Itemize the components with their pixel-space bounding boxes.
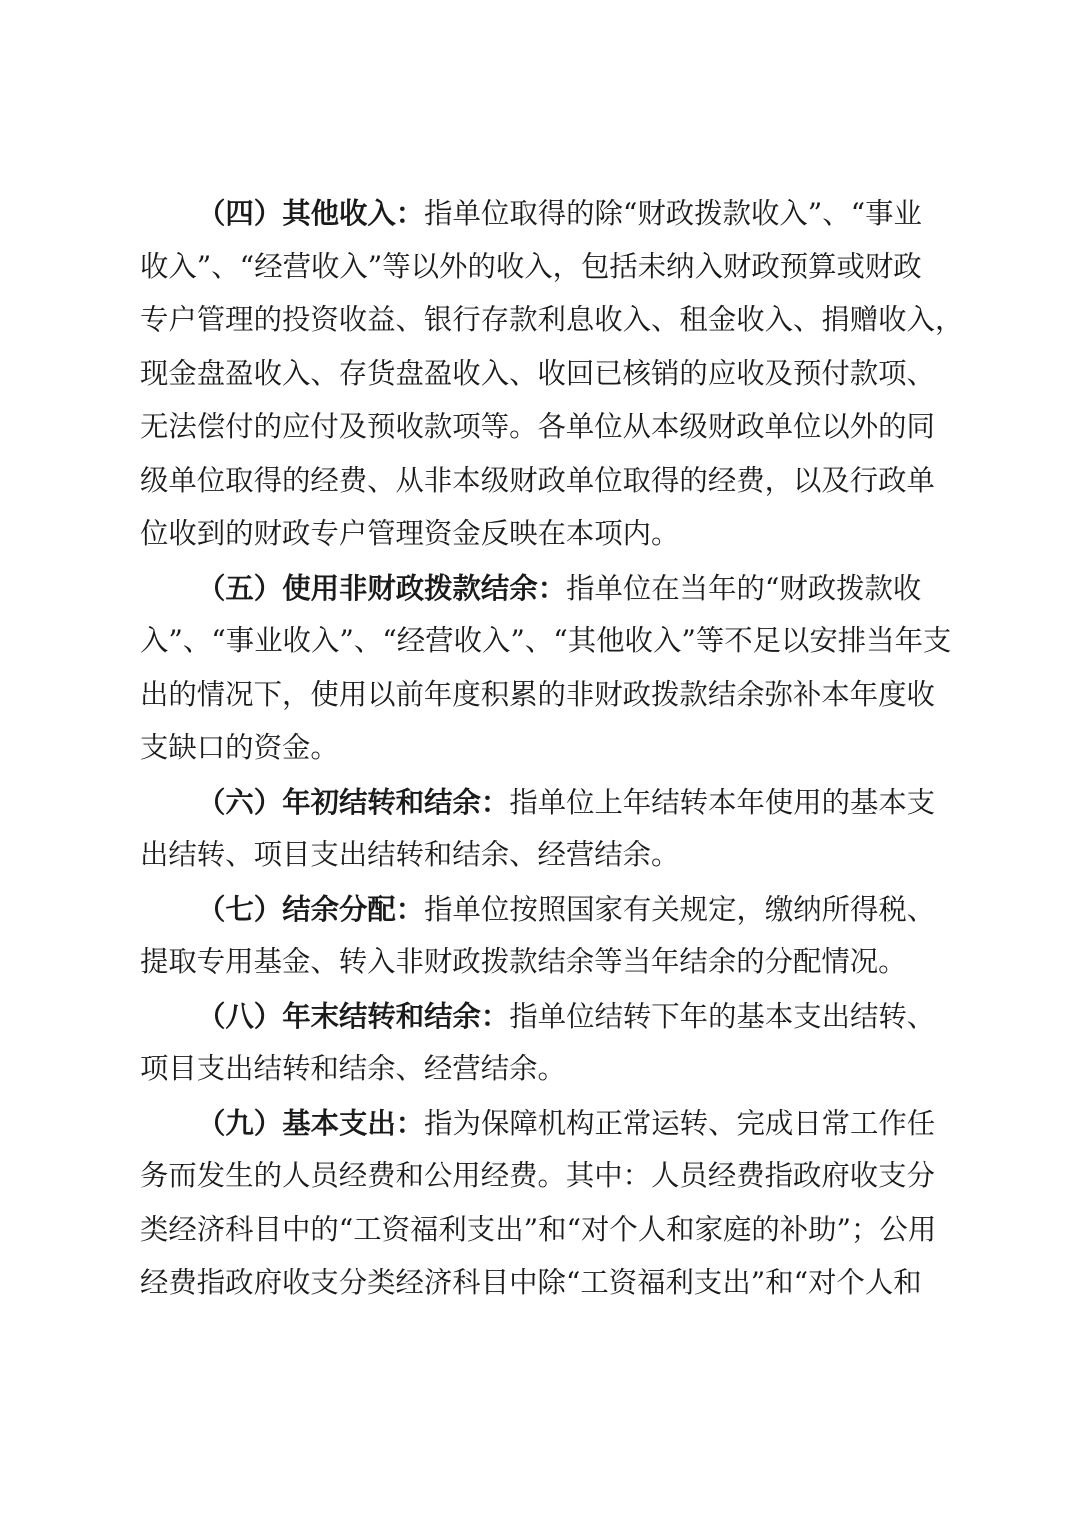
section-text: 指单位在当年的“财政拨款收 [566,572,921,605]
paragraph-line: 现金盘盈收入、存货盘盈收入、收回已核销的应收及预付款项、 [140,354,940,408]
section-balance-distribution: （七）结余分配：指单位按照国家有关规定，缴纳所得税、 提取专用基金、转入非财政拨… [140,889,940,996]
section-number: （九） [197,1106,282,1140]
section-number: （七） [197,892,282,926]
paragraph-line: 类经济科目中的“工资福利支出”和“对个人和家庭的补助”；公用 [140,1210,940,1264]
paragraph-line: 项目支出结转和结余、经营结余。 [140,1049,940,1103]
paragraph-line: （六）年初结转和结余：指单位上年结转本年使用的基本支 [140,782,940,836]
section-closing-carryover: （八）年末结转和结余：指单位结转下年的基本支出结转、 项目支出结转和结余、经营结… [140,996,940,1103]
section-title: 其他收入： [282,196,424,230]
paragraph-line: 专户管理的投资收益、银行存款利息收入、租金收入、捐赠收入， [140,300,940,354]
paragraph-line: 务而发生的人员经费和公用经费。其中：人员经费指政府收支分 [140,1156,940,1210]
section-title: 使用非财政拨款结余： [282,571,566,605]
paragraph-line: 支缺口的资金。 [140,728,940,782]
paragraph-line: 提取专用基金、转入非财政拨款结余等当年结余的分配情况。 [140,942,940,996]
section-basic-expenditure: （九）基本支出：指为保障机构正常运转、完成日常工作任 务而发生的人员经费和公用经… [140,1103,940,1317]
section-number: （五） [197,571,282,605]
paragraph-line: （九）基本支出：指为保障机构正常运转、完成日常工作任 [140,1103,940,1157]
paragraph-line: （五）使用非财政拨款结余：指单位在当年的“财政拨款收 [140,568,940,622]
section-number: （六） [197,785,282,819]
paragraph-line: （七）结余分配：指单位按照国家有关规定，缴纳所得税、 [140,889,940,943]
section-text: 指为保障机构正常运转、完成日常工作任 [424,1107,935,1140]
paragraph-line: 收入”、“经营收入”等以外的收入，包括未纳入财政预算或财政 [140,247,940,301]
paragraph-line: 经费指政府收支分类经济科目中除“工资福利支出”和“对个人和 [140,1263,940,1317]
section-title: 结余分配： [282,892,424,926]
section-other-income: （四）其他收入：指单位取得的除“财政拨款收入”、“事业 收入”、“经营收入”等以… [140,193,940,568]
section-title: 年末结转和结余： [282,999,509,1033]
paragraph-line: （八）年末结转和结余：指单位结转下年的基本支出结转、 [140,996,940,1050]
section-title: 年初结转和结余： [282,785,509,819]
paragraph-line: 无法偿付的应付及预收款项等。各单位从本级财政单位以外的同 [140,407,940,461]
paragraph-line: （四）其他收入：指单位取得的除“财政拨款收入”、“事业 [140,193,940,247]
section-use-non-fiscal-balance: （五）使用非财政拨款结余：指单位在当年的“财政拨款收 入”、“事业收入”、“经营… [140,568,940,782]
section-number: （四） [197,196,282,230]
paragraph-line: 级单位取得的经费、从非本级财政单位取得的经费，以及行政单 [140,461,940,515]
section-text: 指单位结转下年的基本支出结转、 [509,1000,935,1033]
section-title: 基本支出： [282,1106,424,1140]
paragraph-line: 出结转、项目支出结转和结余、经营结余。 [140,835,940,889]
paragraph-line: 位收到的财政专户管理资金反映在本项内。 [140,514,940,568]
section-opening-carryover: （六）年初结转和结余：指单位上年结转本年使用的基本支 出结转、项目支出结转和结余… [140,782,940,889]
paragraph-line: 入”、“事业收入”、“经营收入”、“其他收入”等不足以安排当年支 [140,621,940,675]
section-number: （八） [197,999,282,1033]
section-text: 指单位按照国家有关规定，缴纳所得税、 [424,893,935,926]
section-text: 指单位上年结转本年使用的基本支 [509,786,935,819]
paragraph-line: 出的情况下，使用以前年度积累的非财政拨款结余弥补本年度收 [140,675,940,729]
document-page: （四）其他收入：指单位取得的除“财政拨款收入”、“事业 收入”、“经营收入”等以… [140,193,940,1317]
section-text: 指单位取得的除“财政拨款收入”、“事业 [424,197,922,230]
